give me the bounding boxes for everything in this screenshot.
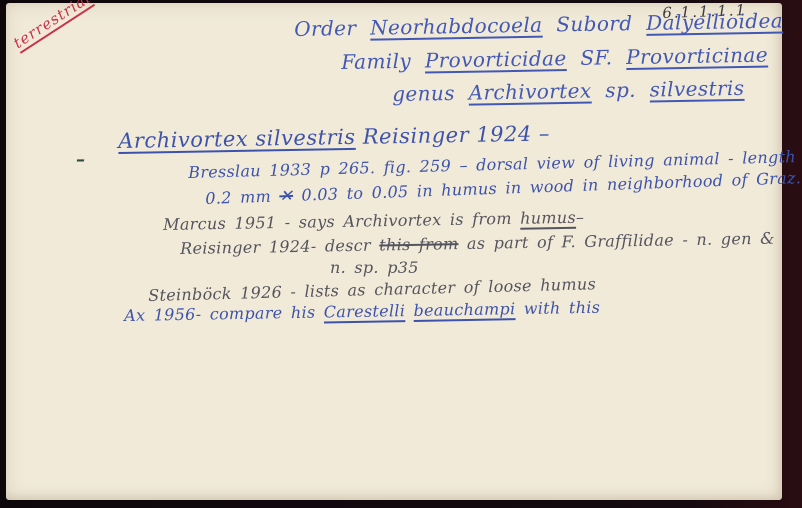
note-reisinger-continuation: n. sp. p35 xyxy=(330,258,419,277)
size-pre: 0.2 mm xyxy=(205,186,280,208)
suborder-value: Dalyellioidea xyxy=(646,8,783,34)
crossed-out-mark: ✕ xyxy=(279,186,293,205)
order-label: Order xyxy=(294,16,370,41)
subfamily-label: SF. xyxy=(566,45,626,70)
species-title-author: Reisinger 1924 – xyxy=(355,121,550,148)
subfamily-value: Provorticinae xyxy=(626,43,768,69)
ax-pre: Ax 1956- compare his xyxy=(124,303,324,325)
species-title-name: Archivortex silvestris xyxy=(118,125,356,153)
scanned-index-card-page: { "card": { "habitat_note": "terrestrial… xyxy=(0,0,802,508)
genus-value: Archivortex xyxy=(468,79,591,105)
marcus-term: humus xyxy=(520,208,576,228)
note-marcus: Marcus 1951 - says Archivortex is from h… xyxy=(163,208,584,234)
reisinger-post: as part of F. Graffilidae - n. gen & xyxy=(458,229,774,254)
species-title-line: Archivortex silvestris Reisinger 1924 – xyxy=(118,121,550,153)
family-label: Family xyxy=(341,49,425,74)
marcus-pre: Marcus 1951 - says Archivortex is from xyxy=(163,209,520,234)
taxonomy-genus-line: genus Archivortex sp. silvestris xyxy=(392,76,745,106)
reisinger-pre: Reisinger 1924- descr xyxy=(180,236,379,258)
genus-label: genus xyxy=(392,81,469,106)
species-value: silvestris xyxy=(649,76,744,102)
habitat-note: terrestrial xyxy=(10,0,94,52)
species-label: sp. xyxy=(591,78,650,103)
order-value: Neorhabdocoela xyxy=(370,13,543,40)
taxonomy-order-line: Order Neorhabdocoela Subord Dalyellioide… xyxy=(294,8,783,41)
margin-dash-mark: – xyxy=(76,149,85,170)
suborder-label: Subord xyxy=(542,11,646,37)
ax-post: with this xyxy=(515,298,600,318)
family-value: Provorticidae xyxy=(425,46,567,72)
ax-species: beauchampi xyxy=(413,299,515,320)
ax-genus: Carestelli xyxy=(324,301,406,321)
taxonomy-family-line: Family Provorticidae SF. Provorticinae xyxy=(341,43,768,74)
note-reisinger: Reisinger 1924- descr this from as part … xyxy=(180,229,775,258)
reisinger-struck-words: this from xyxy=(379,234,459,254)
index-card: terrestrial 6.1.1.1.1 Order Neorhabdocoe… xyxy=(6,3,782,500)
marcus-post: – xyxy=(576,208,585,227)
